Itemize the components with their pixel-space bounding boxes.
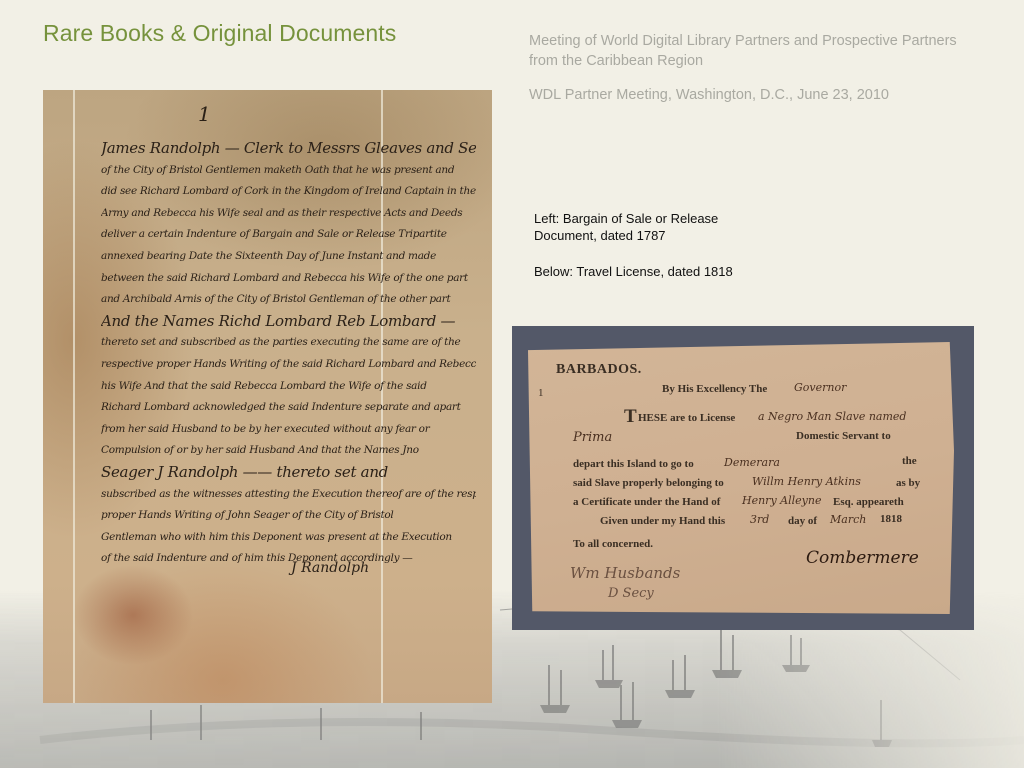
meeting-line-3: WDL Partner Meeting, Washington, D.C., J… — [529, 85, 999, 105]
manuscript-line: Gentleman who with him this Deponent was… — [101, 527, 476, 549]
license-heading: BARBADOS. — [556, 362, 642, 378]
license-month-hand: March — [830, 513, 866, 526]
slide: Rare Books & Original Documents Meeting … — [0, 0, 1024, 768]
manuscript-line: from her said Husband to be by her execu… — [101, 419, 476, 441]
manuscript-line: James Randolph — Clerk to Messrs Gleaves… — [101, 138, 476, 160]
license-dropcap: T — [624, 406, 637, 428]
manuscript-line: proper Hands Writing of John Seager of t… — [101, 505, 476, 527]
license-line-7-printed: Given under my Hand this — [600, 515, 725, 527]
caption-below: Below: Travel License, dated 1818 — [534, 263, 794, 280]
manuscript-line: of the City of Bristol Gentlemen maketh … — [101, 160, 476, 182]
manuscript-line: respective proper Hands Writing of the s… — [101, 354, 476, 376]
caption-left-1: Left: Bargain of Sale or Release — [534, 210, 794, 227]
combermere-signature: Combermere — [806, 548, 919, 568]
license-line-3-hand: Prima — [573, 430, 612, 445]
manuscript-line: Compulsion of or by her said Husband And… — [101, 440, 476, 462]
travel-license-document-image: BARBADOS. 1 By His Excellency The Govern… — [512, 326, 974, 630]
license-line-1-hand: Governor — [794, 381, 846, 394]
license-line-7-printed-mid: day of — [788, 515, 817, 527]
manuscript-line: Seager J Randolph —— thereto set and — [101, 462, 476, 484]
license-line-1-printed: By His Excellency The — [662, 383, 767, 395]
bargain-of-sale-document-image: 1 James Randolph — Clerk to Messrs Gleav… — [43, 90, 492, 703]
license-line-2-printed: HESE are to License — [638, 412, 735, 424]
randolph-signature: J Randolph — [291, 560, 369, 576]
husbands-signature: Wm Husbands — [570, 564, 680, 582]
manuscript-line: And the Names Richd Lombard Reb Lombard … — [101, 311, 476, 333]
license-line-5-hand: Willm Henry Atkins — [752, 475, 861, 488]
license-line-4-printed: depart this Island to go to — [573, 458, 694, 470]
secretary-signature: D Secy — [608, 586, 654, 601]
license-line-4-printed-end: the — [902, 455, 917, 467]
manuscript-line: annexed bearing Date the Sixteenth Day o… — [101, 246, 476, 268]
paper-fold — [73, 90, 75, 703]
license-line-5-printed: said Slave properly belonging to — [573, 477, 724, 489]
license-day-hand: 3rd — [750, 513, 769, 526]
license-line-4-hand: Demerara — [724, 456, 780, 469]
page-number: 1 — [198, 102, 211, 126]
manuscript-line: Richard Lombard acknowledged the said In… — [101, 397, 476, 419]
manuscript-line: subscribed as the witnesses attesting th… — [101, 484, 476, 506]
meeting-line-2: from the Caribbean Region — [529, 51, 999, 71]
manuscript-line: Army and Rebecca his Wife seal and as th… — [101, 203, 476, 225]
license-line-8-printed: To all concerned. — [573, 538, 653, 550]
image-caption: Left: Bargain of Sale or Release Documen… — [534, 210, 794, 280]
manuscript-line: thereto set and subscribed as the partie… — [101, 332, 476, 354]
license-line-2-hand: a Negro Man Slave named — [758, 410, 906, 423]
manuscript-line: of the said Indenture and of him this De… — [101, 548, 476, 570]
meeting-line-1: Meeting of World Digital Library Partner… — [529, 31, 999, 51]
manuscript-line: deliver a certain Indenture of Bargain a… — [101, 224, 476, 246]
meeting-subtitle: Meeting of World Digital Library Partner… — [529, 31, 999, 105]
license-line-3-printed: Domestic Servant to — [796, 430, 891, 442]
manuscript-line: and Archibald Arnis of the City of Brist… — [101, 289, 476, 311]
license-line-5-printed-end: as by — [896, 477, 920, 489]
manuscript-line: between the said Richard Lombard and Reb… — [101, 268, 476, 290]
license-line-6-printed: a Certificate under the Hand of — [573, 496, 720, 508]
caption-left-2: Document, dated 1787 — [534, 227, 794, 244]
license-line-6-printed-end: Esq. appeareth — [833, 496, 904, 508]
license-paper: BARBADOS. 1 By His Excellency The Govern… — [528, 342, 954, 614]
slide-title: Rare Books & Original Documents — [43, 20, 396, 47]
manuscript-line: his Wife And that the said Rebecca Lomba… — [101, 376, 476, 398]
manuscript-text: James Randolph — Clerk to Messrs Gleaves… — [101, 138, 476, 570]
license-year: 1818 — [880, 513, 902, 525]
margin-mark: 1 — [538, 387, 544, 399]
manuscript-line: did see Richard Lombard of Cork in the K… — [101, 181, 476, 203]
license-line-6-hand: Henry Alleyne — [742, 494, 821, 507]
